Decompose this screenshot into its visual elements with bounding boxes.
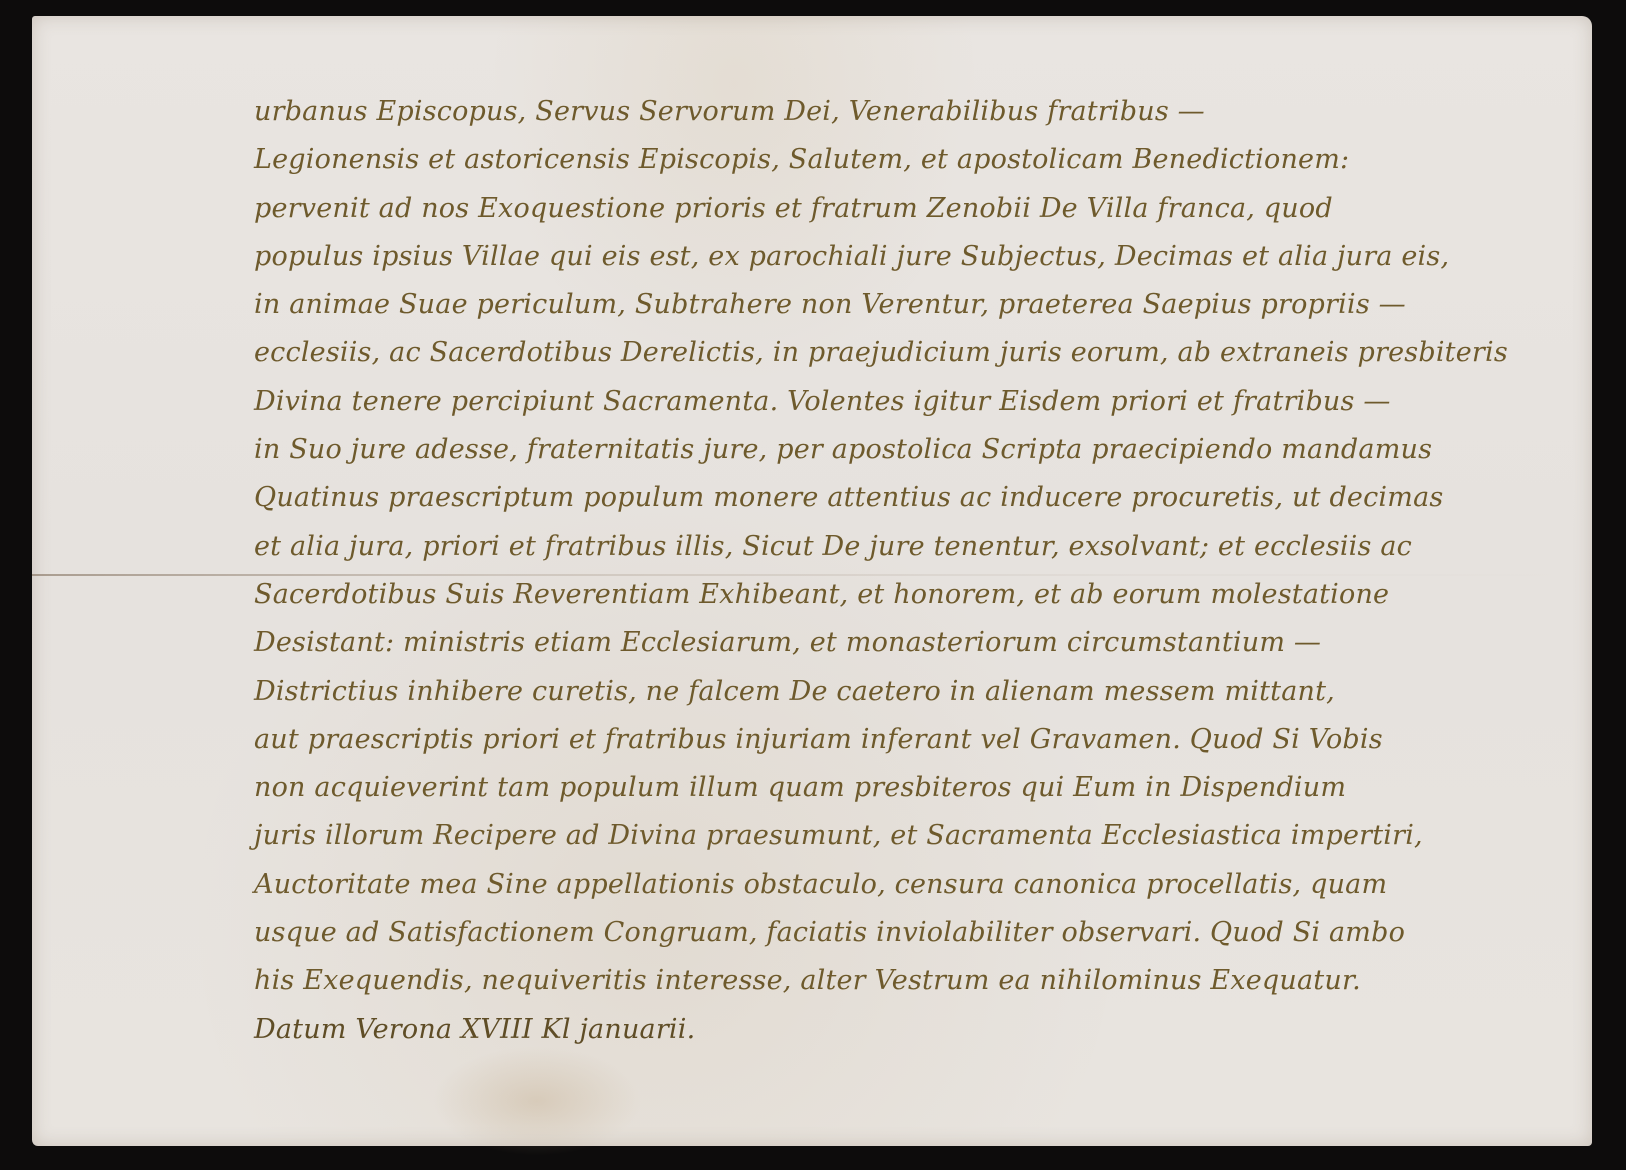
text-line: populus ipsius Villae qui eis est, ex pa…	[254, 233, 1594, 281]
water-stain	[432, 1046, 642, 1156]
text-line: pervenit ad nos Exoquestione prioris et …	[254, 185, 1594, 233]
text-line: his Exequendis, nequiveritis interesse, …	[254, 957, 1594, 1005]
text-line: in animae Suae periculum, Subtrahere non…	[254, 281, 1594, 329]
text-line: aut praescriptis priori et fratribus inj…	[254, 716, 1594, 764]
text-line: Quatinus praescriptum populum monere att…	[254, 474, 1594, 522]
text-line: juris illorum Recipere ad Divina praesum…	[254, 812, 1594, 860]
letter-body: urbanus Episcopus, Servus Servorum Dei, …	[254, 88, 1594, 1054]
text-line: Desistant: ministris etiam Ecclesiarum, …	[254, 619, 1594, 667]
text-line: Legionensis et astoricensis Episcopis, S…	[254, 136, 1594, 184]
text-line: Divina tenere percipiunt Sacramenta. Vol…	[254, 378, 1594, 426]
text-line: et alia jura, priori et fratribus illis,…	[254, 523, 1594, 571]
text-line: Sacerdotibus Suis Reverentiam Exhibeant,…	[254, 571, 1594, 619]
text-line: in Suo jure adesse, fraternitatis jure, …	[254, 426, 1594, 474]
date-line: Datum Verona XVIII Kl januarii.	[254, 1006, 1594, 1054]
text-line: urbanus Episcopus, Servus Servorum Dei, …	[254, 88, 1594, 136]
text-line: Auctoritate mea Sine appellationis obsta…	[254, 861, 1594, 909]
text-line: Districtius inhibere curetis, ne falcem …	[254, 668, 1594, 716]
manuscript-page: urbanus Episcopus, Servus Servorum Dei, …	[32, 16, 1592, 1146]
text-line: usque ad Satisfactionem Congruam, faciat…	[254, 909, 1594, 957]
text-line: ecclesiis, ac Sacerdotibus Derelictis, i…	[254, 329, 1594, 377]
text-line: non acquieverint tam populum illum quam …	[254, 764, 1594, 812]
